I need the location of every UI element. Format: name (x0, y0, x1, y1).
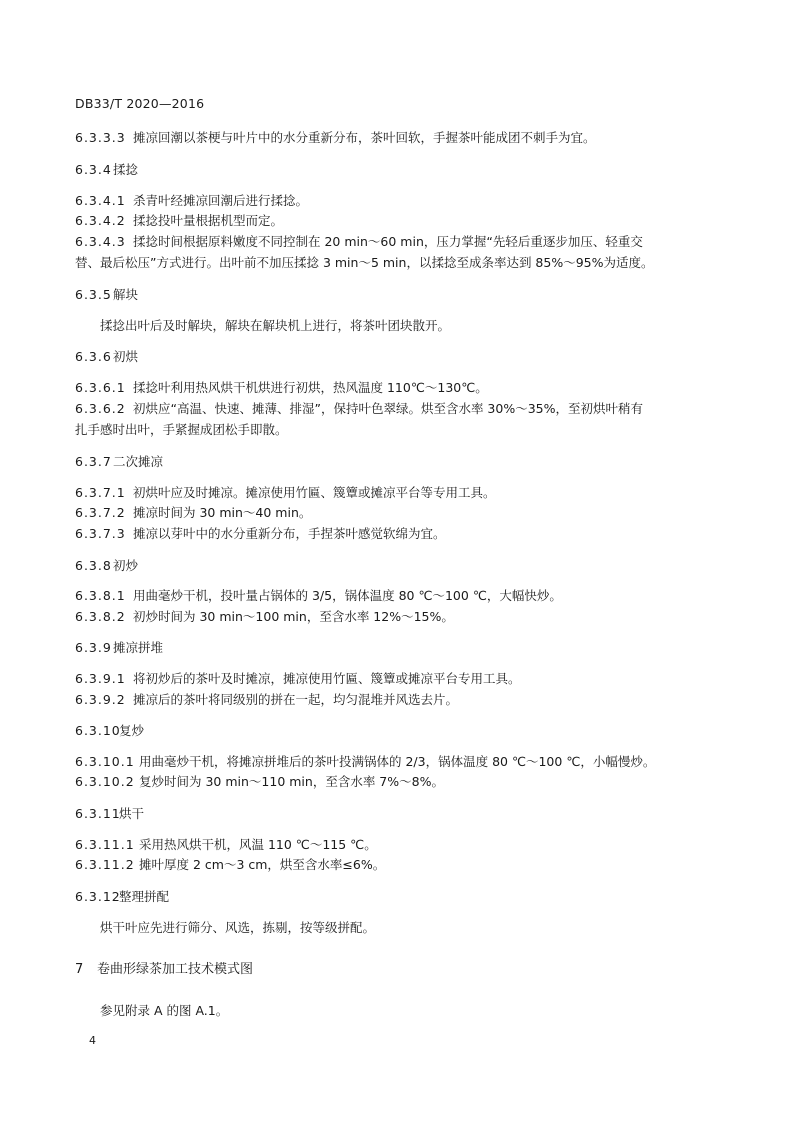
clause-number: 6.3.11.2 (75, 857, 139, 873)
clause-text: 初烘叶应及时摊凉。摊凉使用竹匾、篾簟或摊凉平台等专用工具。 (133, 485, 496, 500)
clause-text: 杀青叶经摊凉回潮后进行揉捻。 (133, 193, 308, 208)
clause-6-3-4-2: 6.3.4.2揉捻投叶量根据机型而定。 (75, 213, 283, 229)
clause-number: 6.3.8.1 (75, 588, 133, 604)
heading-6-3-9: 6.3.9摊凉拼堆 (75, 640, 163, 656)
document-code-header: DB33/T 2020—2016 (75, 96, 204, 111)
clause-text: 摊凉后的茶叶将同级别的拼在一起，均匀混堆并风选去片。 (133, 692, 458, 707)
heading-number: 6.3.8 (75, 558, 113, 574)
clause-6-3-4-3-continuation: 替、最后松压”方式进行。出叶前不加压揉捻 3 min～5 min，以揉捻至成条率… (75, 255, 654, 271)
chapter-number: 7 (75, 962, 97, 978)
heading-6-3-5: 6.3.5解块 (75, 287, 138, 303)
clause-6-3-11-1: 6.3.11.1采用热风烘干机，风温 110 ℃～115 ℃。 (75, 837, 377, 853)
clause-6-3-8-1: 6.3.8.1用曲毫炒干机，投叶量占锅体的 3/5，锅体温度 80 ℃～100 … (75, 588, 562, 604)
page-number: 4 (89, 1034, 96, 1047)
clause-6-3-4-3: 6.3.4.3揉捻时间根据原料嫩度不同控制在 20 min～60 min，压力掌… (75, 234, 643, 250)
chapter-title: 卷曲形绿茶加工技术模式图 (97, 962, 253, 977)
heading-number: 6.3.9 (75, 640, 113, 656)
clause-number: 6.3.7.3 (75, 526, 133, 542)
clause-text: 将初炒后的茶叶及时摊凉，摊凉使用竹匾、篾簟或摊凉平台专用工具。 (133, 671, 521, 686)
clause-6-3-10-2: 6.3.10.2复炒时间为 30 min～110 min，至含水率 7%～8%。 (75, 774, 444, 790)
heading-text: 复炒 (119, 723, 144, 738)
clause-number: 6.3.4.2 (75, 213, 133, 229)
heading-6-3-7: 6.3.7二次摊凉 (75, 454, 163, 470)
clause-6-3-8-2: 6.3.8.2初炒时间为 30 min～100 min，至含水率 12%～15%… (75, 609, 454, 625)
heading-number: 6.3.6 (75, 349, 113, 365)
clause-6-3-6-2: 6.3.6.2初烘应“高温、快速、摊薄、排湿”，保持叶色翠绿。烘至含水率 30%… (75, 401, 643, 417)
clause-6-3-9-1: 6.3.9.1将初炒后的茶叶及时摊凉，摊凉使用竹匾、篾簟或摊凉平台专用工具。 (75, 671, 521, 687)
heading-text: 二次摊凉 (113, 454, 163, 469)
clause-number: 6.3.7.1 (75, 485, 133, 501)
heading-number: 6.3.5 (75, 287, 113, 303)
heading-6-3-12: 6.3.12整理拼配 (75, 889, 169, 905)
heading-number: 6.3.10 (75, 723, 119, 739)
clause-text: 揉捻投叶量根据机型而定。 (133, 213, 283, 228)
clause-number: 6.3.6.2 (75, 401, 133, 417)
clause-6-3-10-1: 6.3.10.1用曲毫炒干机，将摊凉拼堆后的茶叶投满锅体的 2/3，锅体温度 8… (75, 754, 655, 770)
heading-6-3-11: 6.3.11烘干 (75, 806, 144, 822)
clause-number: 6.3.6.1 (75, 380, 133, 396)
heading-number: 6.3.12 (75, 889, 119, 905)
clause-6-3-11-2: 6.3.11.2摊叶厚度 2 cm～3 cm，烘至含水率≤6%。 (75, 857, 385, 873)
heading-number: 6.3.11 (75, 806, 119, 822)
heading-text: 初烘 (113, 349, 138, 364)
heading-text: 整理拼配 (119, 889, 169, 904)
clause-6-3-7-1: 6.3.7.1初烘叶应及时摊凉。摊凉使用竹匾、篾簟或摊凉平台等专用工具。 (75, 485, 496, 501)
heading-text: 解块 (113, 287, 138, 302)
clause-text: 摊叶厚度 2 cm～3 cm，烘至含水率≤6%。 (139, 857, 385, 872)
clause-number: 6.3.8.2 (75, 609, 133, 625)
heading-6-3-6: 6.3.6初烘 (75, 349, 138, 365)
heading-6-3-10: 6.3.10复炒 (75, 723, 144, 739)
clause-text: 揉捻时间根据原料嫩度不同控制在 20 min～60 min，压力掌握“先轻后重逐… (133, 234, 643, 249)
heading-text: 揉捻 (113, 162, 138, 177)
clause-text: 摊凉时间为 30 min～40 min。 (133, 505, 311, 520)
chapter-7-heading: 7卷曲形绿茶加工技术模式图 (75, 962, 253, 978)
clause-6-3-9-2: 6.3.9.2摊凉后的茶叶将同级别的拼在一起，均匀混堆并风选去片。 (75, 692, 458, 708)
heading-6-3-8: 6.3.8初炒 (75, 558, 138, 574)
clause-number: 6.3.11.1 (75, 837, 139, 853)
clause-6-3-6-2-continuation: 扎手感时出叶，手紧握成团松手即散。 (75, 422, 288, 438)
clause-number: 6.3.4.3 (75, 234, 133, 250)
heading-text: 初炒 (113, 558, 138, 573)
clause-number: 6.3.10.2 (75, 774, 139, 790)
document-page: DB33/T 2020—2016 6.3.3.3摊凉回潮以茶梗与叶片中的水分重新… (0, 0, 793, 1122)
clause-number: 6.3.4.1 (75, 193, 133, 209)
paragraph-6-3-5: 揉捻出叶后及时解块，解块在解块机上进行，将茶叶团块散开。 (100, 318, 450, 334)
clause-number: 6.3.9.1 (75, 671, 133, 687)
clause-6-3-6-1: 6.3.6.1揉捻叶利用热风烘干机烘进行初烘，热风温度 110℃～130℃。 (75, 380, 488, 396)
clause-6-3-3-3: 6.3.3.3摊凉回潮以茶梗与叶片中的水分重新分布，茶叶回软，手握茶叶能成团不刺… (75, 130, 596, 146)
heading-text: 摊凉拼堆 (113, 640, 163, 655)
heading-6-3-4: 6.3.4揉捻 (75, 162, 138, 178)
clause-text: 采用热风烘干机，风温 110 ℃～115 ℃。 (139, 837, 377, 852)
clause-number: 6.3.3.3 (75, 130, 133, 146)
clause-text: 初烘应“高温、快速、摊薄、排湿”，保持叶色翠绿。烘至含水率 30%～35%，至初… (133, 401, 643, 416)
clause-text: 揉捻叶利用热风烘干机烘进行初烘，热风温度 110℃～130℃。 (133, 380, 488, 395)
clause-number: 6.3.10.1 (75, 754, 139, 770)
paragraph-chapter-7: 参见附录 A 的图 A.1。 (100, 1003, 228, 1019)
paragraph-6-3-12: 烘干叶应先进行筛分、风选，拣剔，按等级拼配。 (100, 920, 375, 936)
clause-6-3-7-3: 6.3.7.3摊凉以芽叶中的水分重新分布，手捏茶叶感觉软绵为宜。 (75, 526, 446, 542)
clause-text: 摊凉回潮以茶梗与叶片中的水分重新分布，茶叶回软，手握茶叶能成团不刺手为宜。 (133, 130, 596, 145)
heading-text: 烘干 (119, 806, 144, 821)
clause-6-3-7-2: 6.3.7.2摊凉时间为 30 min～40 min。 (75, 505, 311, 521)
clause-text: 摊凉以芽叶中的水分重新分布，手捏茶叶感觉软绵为宜。 (133, 526, 446, 541)
clause-6-3-4-1: 6.3.4.1杀青叶经摊凉回潮后进行揉捻。 (75, 193, 308, 209)
heading-number: 6.3.7 (75, 454, 113, 470)
clause-number: 6.3.9.2 (75, 692, 133, 708)
heading-number: 6.3.4 (75, 162, 113, 178)
clause-text: 初炒时间为 30 min～100 min，至含水率 12%～15%。 (133, 609, 454, 624)
clause-text: 用曲毫炒干机，投叶量占锅体的 3/5，锅体温度 80 ℃～100 ℃，大幅快炒。 (133, 588, 562, 603)
clause-text: 用曲毫炒干机，将摊凉拼堆后的茶叶投满锅体的 2/3，锅体温度 80 ℃～100 … (139, 754, 655, 769)
clause-text: 复炒时间为 30 min～110 min，至含水率 7%～8%。 (139, 774, 444, 789)
clause-number: 6.3.7.2 (75, 505, 133, 521)
